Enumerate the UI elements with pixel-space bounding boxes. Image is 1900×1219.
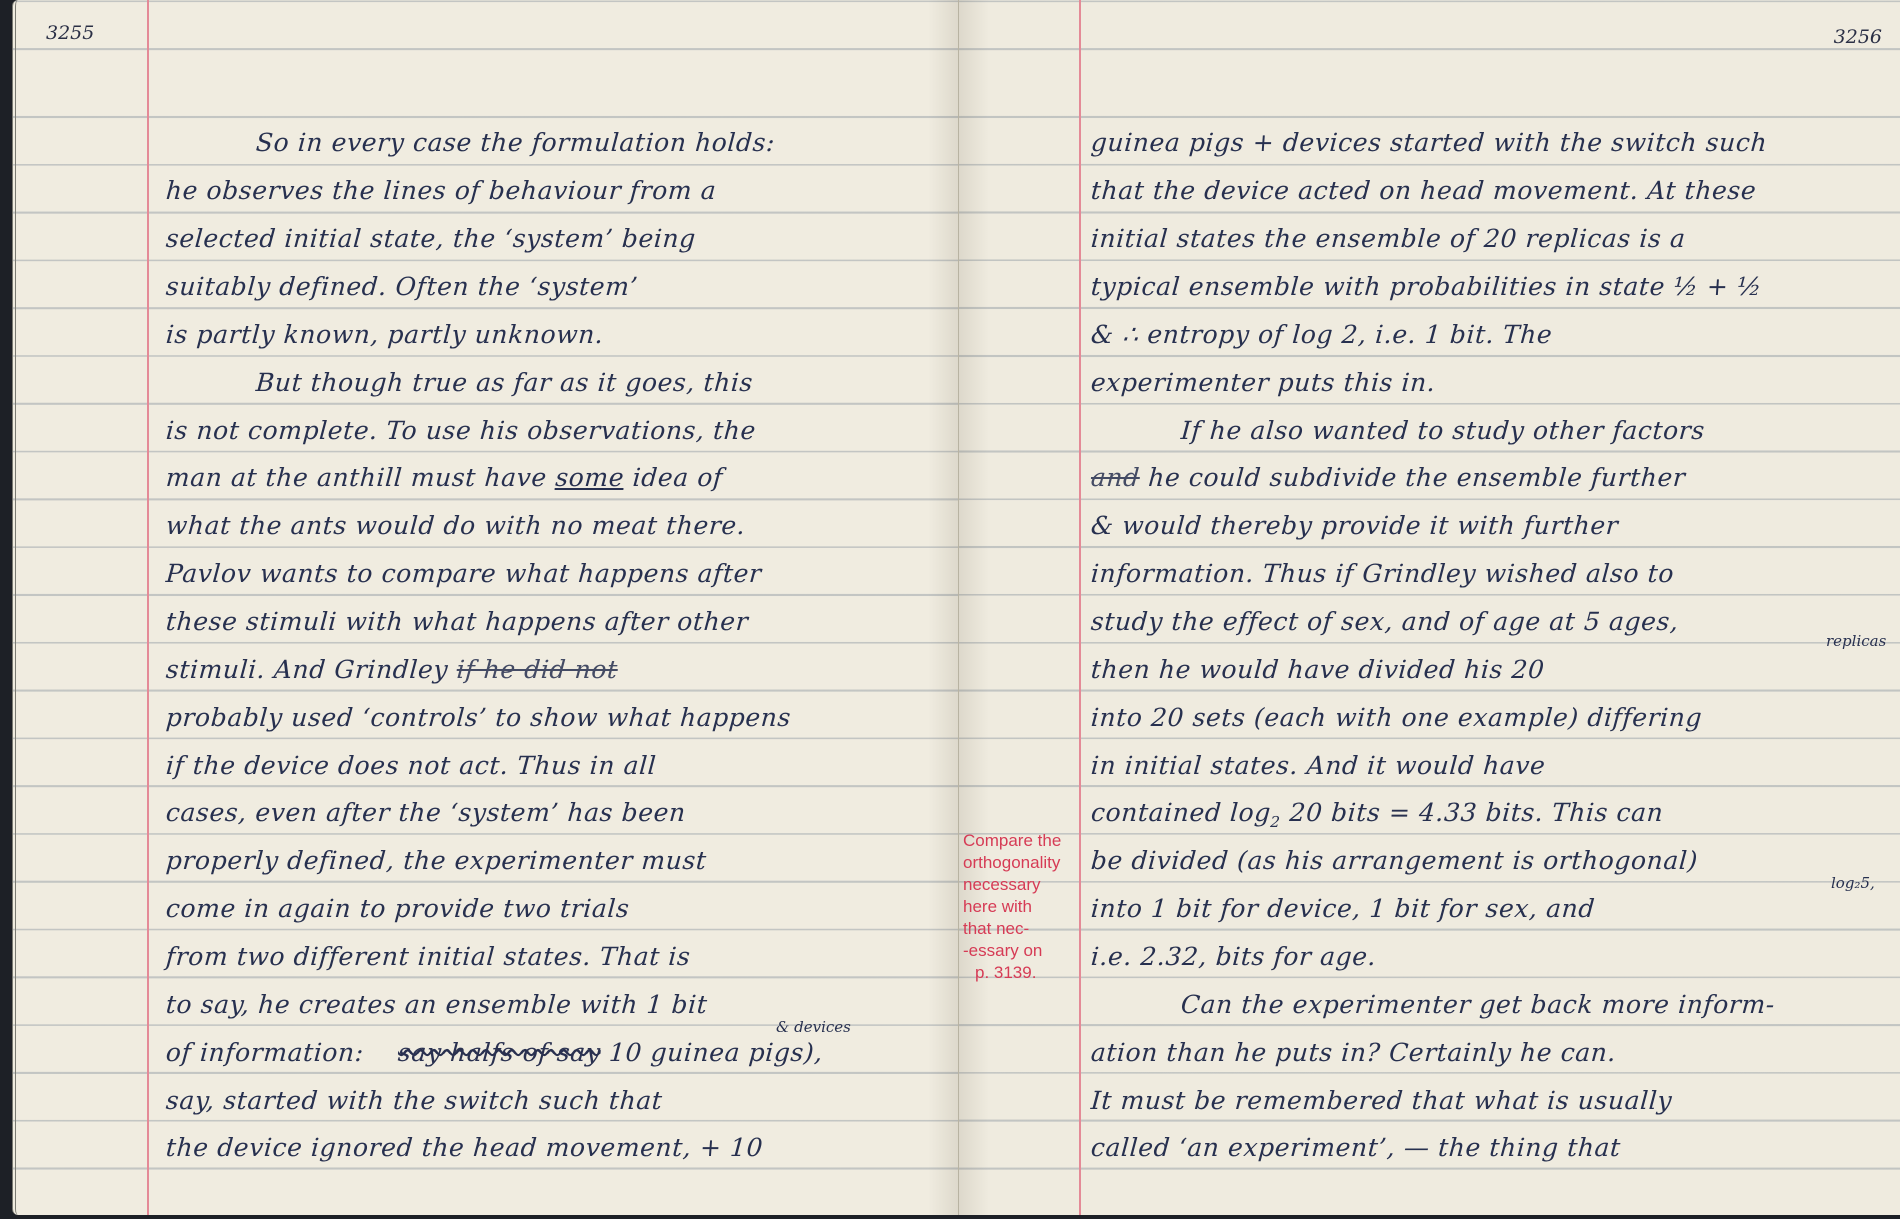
text-line: into 20 sets (each with one example) dif…: [1090, 703, 1703, 732]
text-line: study the effect of sex, and of age at 5…: [1090, 607, 1680, 636]
text-line: in initial states. And it would have: [1090, 751, 1547, 780]
struck-text: if he did not: [456, 655, 619, 684]
text-line: of information: say halfs of say 10 guin…: [165, 1038, 824, 1067]
underlined-word: some: [554, 463, 625, 492]
struck-text: and: [1090, 463, 1141, 492]
text-line: cases, even after the ‘system’ has been: [165, 798, 687, 827]
text-line: stimuli. And Grindley if he did not: [165, 655, 619, 684]
text-line: man at the anthill must have some idea o…: [165, 463, 724, 492]
insertion-note: replicas: [1826, 632, 1886, 650]
text-line: So in every case the formulation holds:: [165, 128, 776, 157]
text-line: that the device acted on head movement. …: [1090, 176, 1757, 205]
text-line: contained log2 20 bits = 4.33 bits. This…: [1090, 798, 1665, 831]
text-line: and he could subdivide the ensemble furt…: [1090, 463, 1687, 492]
insertion-note: log₂5,: [1831, 874, 1875, 892]
notebook-page-right: 3256 Compare the orthogonality necessary…: [958, 0, 1900, 1215]
text-line: come in again to provide two trials: [165, 894, 631, 923]
text-line: called ‘an experiment’, — the thing that: [1090, 1133, 1622, 1162]
text-line: Can the experimenter get back more infor…: [1090, 990, 1776, 1019]
text-line: what the ants would do with no meat ther…: [165, 511, 746, 540]
margin-annotation: Compare the orthogonality necessary here…: [963, 830, 1075, 984]
text-line: initial states the ensemble of 20 replic…: [1090, 224, 1687, 253]
page-number: 3255: [46, 22, 94, 44]
insertion-note: & devices: [776, 1018, 851, 1036]
text-line: be divided (as his arrangement is orthog…: [1090, 846, 1699, 875]
text-line: suitably defined. Often the ‘system’: [165, 272, 639, 301]
text-line: is not complete. To use his observations…: [165, 416, 757, 445]
margin-rule: [147, 0, 149, 1215]
notebook-page-left: 3255 So in every case the formulation ho…: [12, 0, 958, 1215]
text-line: he observes the lines of behaviour from …: [165, 176, 717, 205]
text-line: is partly known, partly unknown.: [165, 320, 605, 349]
text-line: experimenter puts this in.: [1090, 368, 1437, 397]
text-line: from two different initial states. That …: [165, 942, 692, 971]
text-line: Pavlov wants to compare what happens aft…: [165, 559, 763, 588]
text-line: if the device does not act. Thus in all: [165, 751, 657, 780]
text-line: It must be remembered that what is usual…: [1090, 1086, 1673, 1115]
text-line: to say, he creates an ensemble with 1 bi…: [165, 990, 709, 1019]
text-line: i.e. 2.32, bits for age.: [1090, 942, 1377, 971]
margin-rule: [1079, 0, 1081, 1215]
text-line: typical ensemble with probabilities in s…: [1090, 272, 1763, 301]
text-line: & ∴ entropy of log 2, i.e. 1 bit. The: [1090, 320, 1553, 349]
text-line: into 1 bit for device, 1 bit for sex, an…: [1090, 894, 1596, 923]
text-line: say, started with the switch such that: [165, 1086, 664, 1115]
text-line: guinea pigs + devices started with the s…: [1090, 128, 1768, 157]
text-line: these stimuli with what happens after ot…: [165, 607, 749, 636]
text-line: If he also wanted to study other factors: [1090, 416, 1706, 445]
text-line: ation than he puts in? Certainly he can.: [1090, 1038, 1617, 1067]
text-line: & would thereby provide it with further: [1090, 511, 1619, 540]
text-line: then he would have divided his 20: [1090, 655, 1546, 684]
text-line: But though true as far as it goes, this: [165, 368, 754, 397]
scribbled-out-text: say halfs of say: [397, 1038, 602, 1067]
page-number: 3256: [1834, 26, 1882, 48]
text-line: information. Thus if Grindley wished als…: [1090, 559, 1675, 588]
text-line: properly defined, the experimenter must: [165, 846, 708, 875]
text-line: the device ignored the head movement, + …: [165, 1133, 764, 1162]
text-line: selected initial state, the ‘system’ bei…: [165, 224, 697, 253]
text-line: probably used ‘controls’ to show what ha…: [165, 703, 792, 732]
